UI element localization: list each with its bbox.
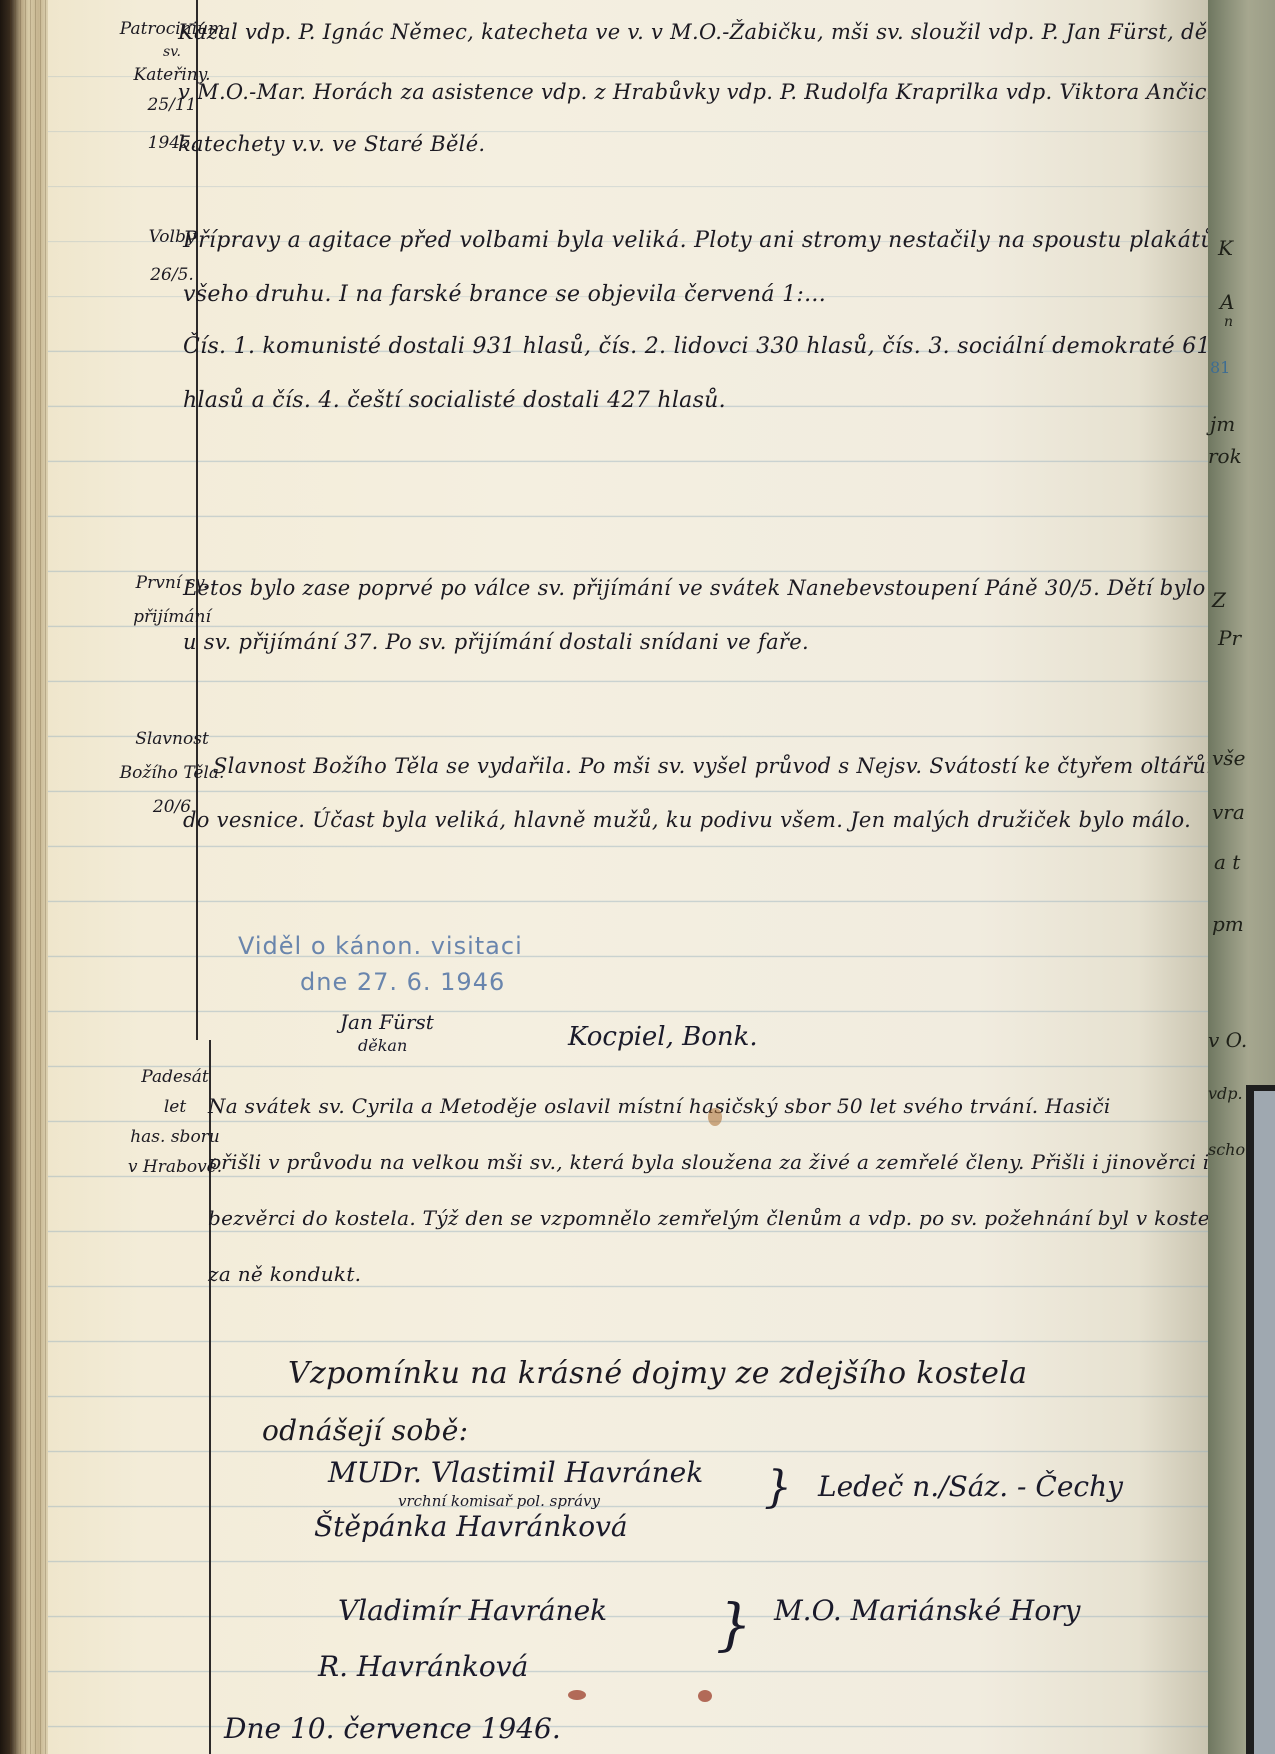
brace-group1: } bbox=[764, 1466, 792, 1510]
signature-title-dekan: děkan bbox=[358, 1036, 407, 1055]
entry-line: u sv. přijímání 37. Po sv. přijímání dos… bbox=[183, 630, 809, 654]
facing-fragment: vdp. bbox=[1208, 1084, 1243, 1103]
facing-fragment: 81 bbox=[1210, 358, 1230, 377]
facing-fragment: jm bbox=[1210, 412, 1235, 436]
ink-stain bbox=[708, 1108, 722, 1126]
entry-line: Slavnost Božího Těla se vydařila. Po mši… bbox=[213, 754, 1226, 778]
signature-r-havrankova: R. Havránková bbox=[318, 1650, 528, 1683]
ink-stain bbox=[568, 1690, 586, 1700]
entry-line: Čís. 1. komunisté dostali 931 hlasů, čís… bbox=[183, 334, 1211, 359]
entry-line: katechety v.v. ve Staré Bělé. bbox=[178, 132, 485, 156]
memorial-line1: Vzpomínku na krásné dojmy ze zdejšího ko… bbox=[288, 1356, 1027, 1391]
page-stack-edges bbox=[10, 0, 50, 1754]
entry-line: hlasů a čís. 4. čeští socialisté dostali… bbox=[183, 388, 726, 413]
facing-fragment: v O. bbox=[1208, 1028, 1247, 1052]
signature-jan-furst: Jan Fürst bbox=[340, 1010, 434, 1034]
facing-fragment: K bbox=[1218, 236, 1233, 260]
place-ledec: Ledeč n./Sáz. - Čechy bbox=[818, 1470, 1123, 1503]
entry-line: v M.O.-Mar. Horách za asistence vdp. z H… bbox=[178, 80, 1266, 104]
facing-fragment: vše bbox=[1212, 746, 1245, 770]
facing-fragment: Pr bbox=[1218, 626, 1241, 650]
signature-visitator: Kocpiel, Bonk. bbox=[568, 1022, 758, 1052]
facing-fragment: A bbox=[1220, 290, 1234, 314]
entry-line: přišli v průvodu na velkou mši sv., kter… bbox=[208, 1150, 1210, 1174]
margin-text: Padesát bbox=[100, 1062, 250, 1092]
facing-fragment: n bbox=[1224, 314, 1233, 330]
brace-group2: } bbox=[716, 1596, 752, 1656]
chronicle-page: Patrocinium sv. Kateřiny. 25/11 1945. Ká… bbox=[48, 0, 1208, 1754]
entry-line: za ně kondukt. bbox=[208, 1262, 361, 1286]
visitation-stamp-line1: Viděl o kánon. visitaci bbox=[238, 932, 523, 960]
place-marianske-hory: M.O. Mariánské Hory bbox=[774, 1594, 1080, 1627]
facing-fragment: pm bbox=[1212, 912, 1244, 936]
entry-line: Letos bylo zase poprvé po válce sv. přij… bbox=[183, 576, 1206, 600]
entry-line: do vesnice. Účast byla veliká, hlavně mu… bbox=[183, 808, 1191, 832]
signature-vlastimil-havranek: MUDr. Vlastimil Havránek bbox=[328, 1456, 703, 1489]
margin-text: přijímání bbox=[100, 600, 244, 634]
entry-line: Na svátek sv. Cyrila a Metoděje oslavil … bbox=[208, 1094, 1111, 1118]
facing-fragment: a t bbox=[1214, 850, 1240, 874]
entry-line: Přípravy a agitace před volbami byla vel… bbox=[183, 228, 1215, 253]
facing-fragment: scho bbox=[1208, 1140, 1245, 1159]
facing-fragment: Z bbox=[1212, 588, 1226, 612]
margin-text: Slavnost bbox=[100, 722, 244, 756]
signature-stepanka-havrankova: Štěpánka Havránková bbox=[314, 1510, 628, 1543]
facing-page-photo-frame bbox=[1246, 1085, 1275, 1754]
visitation-stamp-line2: dne 27. 6. 1946 bbox=[300, 968, 505, 996]
ink-stain bbox=[698, 1690, 712, 1702]
margin-text: has. sboru bbox=[100, 1122, 250, 1152]
entry-line: bezvěrci do kostela. Týž den se vzpomněl… bbox=[208, 1206, 1229, 1230]
margin-text: sv. bbox=[100, 44, 244, 60]
signature-title-komisar: vrchní komisař pol. správy bbox=[398, 1492, 600, 1510]
facing-fragment: vra bbox=[1212, 800, 1245, 824]
entry-line: Kázal vdp. P. Ignác Němec, katecheta ve … bbox=[178, 20, 1228, 44]
entry-line: všeho druhu. I na farské brance se objev… bbox=[183, 282, 826, 307]
facing-fragment: rok bbox=[1208, 444, 1242, 468]
memorial-date: Dne 10. července 1946. bbox=[224, 1712, 561, 1745]
memorial-line2: odnášejí sobě: bbox=[262, 1414, 468, 1447]
place-text: Ledeč n./Sáz. - Čechy bbox=[818, 1470, 1123, 1503]
signature-vladimir-havranek: Vladimír Havránek bbox=[338, 1594, 607, 1627]
